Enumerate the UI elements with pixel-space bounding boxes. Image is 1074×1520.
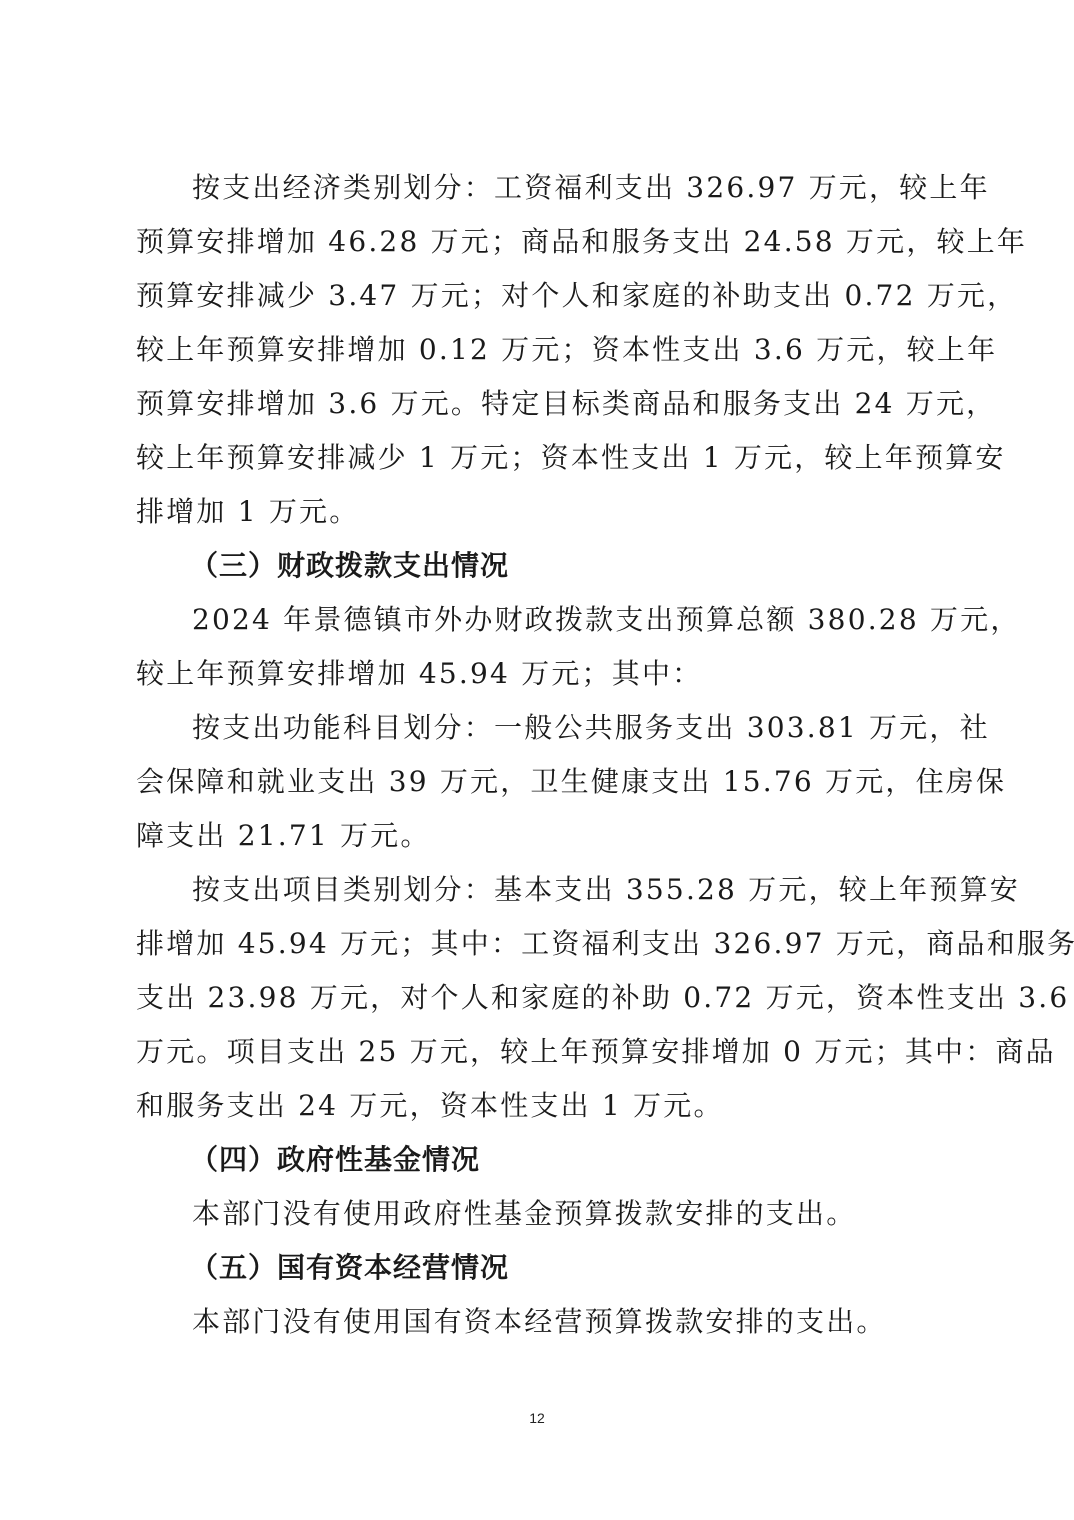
paragraph-line: 预算安排减少 3.47 万元；对个人和家庭的补助支出 0.72 万元， xyxy=(136,276,940,316)
paragraph-line: 障支出 21.71 万元。 xyxy=(136,816,940,856)
document-page: 按支出经济类别划分：工资福利支出 326.97 万元，较上年 预算安排增加 46… xyxy=(0,0,1074,1520)
paragraph-line: 预算安排增加 3.6 万元。特定目标类商品和服务支出 24 万元， xyxy=(136,384,940,424)
paragraph-line: 排增加 45.94 万元；其中：工资福利支出 326.97 万元，商品和服务 xyxy=(136,924,940,964)
paragraph-line: 支出 23.98 万元，对个人和家庭的补助 0.72 万元，资本性支出 3.6 xyxy=(136,978,940,1018)
paragraph-line: 和服务支出 24 万元，资本性支出 1 万元。 xyxy=(136,1086,940,1126)
section-heading-fiscal-appropriation: （三）财政拨款支出情况 xyxy=(190,546,994,586)
paragraph-line: 排增加 1 万元。 xyxy=(136,492,940,532)
paragraph-line: 较上年预算安排增加 0.12 万元；资本性支出 3.6 万元，较上年 xyxy=(136,330,940,370)
paragraph-line: 按支出经济类别划分：工资福利支出 326.97 万元，较上年 xyxy=(192,168,940,208)
paragraph-line: 本部门没有使用国有资本经营预算拨款安排的支出。 xyxy=(192,1302,940,1342)
paragraph-line: 会保障和就业支出 39 万元，卫生健康支出 15.76 万元，住房保 xyxy=(136,762,940,802)
paragraph-line: 2024 年景德镇市外办财政拨款支出预算总额 380.28 万元， xyxy=(192,600,940,640)
section-heading-state-capital: （五）国有资本经营情况 xyxy=(190,1248,994,1288)
paragraph-line: 较上年预算安排减少 1 万元；资本性支出 1 万元，较上年预算安 xyxy=(136,438,940,478)
paragraph-line: 万元。项目支出 25 万元，较上年预算安排增加 0 万元；其中：商品 xyxy=(136,1032,940,1072)
paragraph-line: 较上年预算安排增加 45.94 万元；其中： xyxy=(136,654,940,694)
paragraph-line: 预算安排增加 46.28 万元；商品和服务支出 24.58 万元，较上年 xyxy=(136,222,940,262)
paragraph-line: 按支出功能科目划分：一般公共服务支出 303.81 万元，社 xyxy=(192,708,940,748)
paragraph-line: 按支出项目类别划分：基本支出 355.28 万元，较上年预算安 xyxy=(192,870,940,910)
paragraph-line: 本部门没有使用政府性基金预算拨款安排的支出。 xyxy=(192,1194,940,1234)
page-number: 12 xyxy=(0,1410,1074,1426)
section-heading-government-fund: （四）政府性基金情况 xyxy=(190,1140,994,1180)
